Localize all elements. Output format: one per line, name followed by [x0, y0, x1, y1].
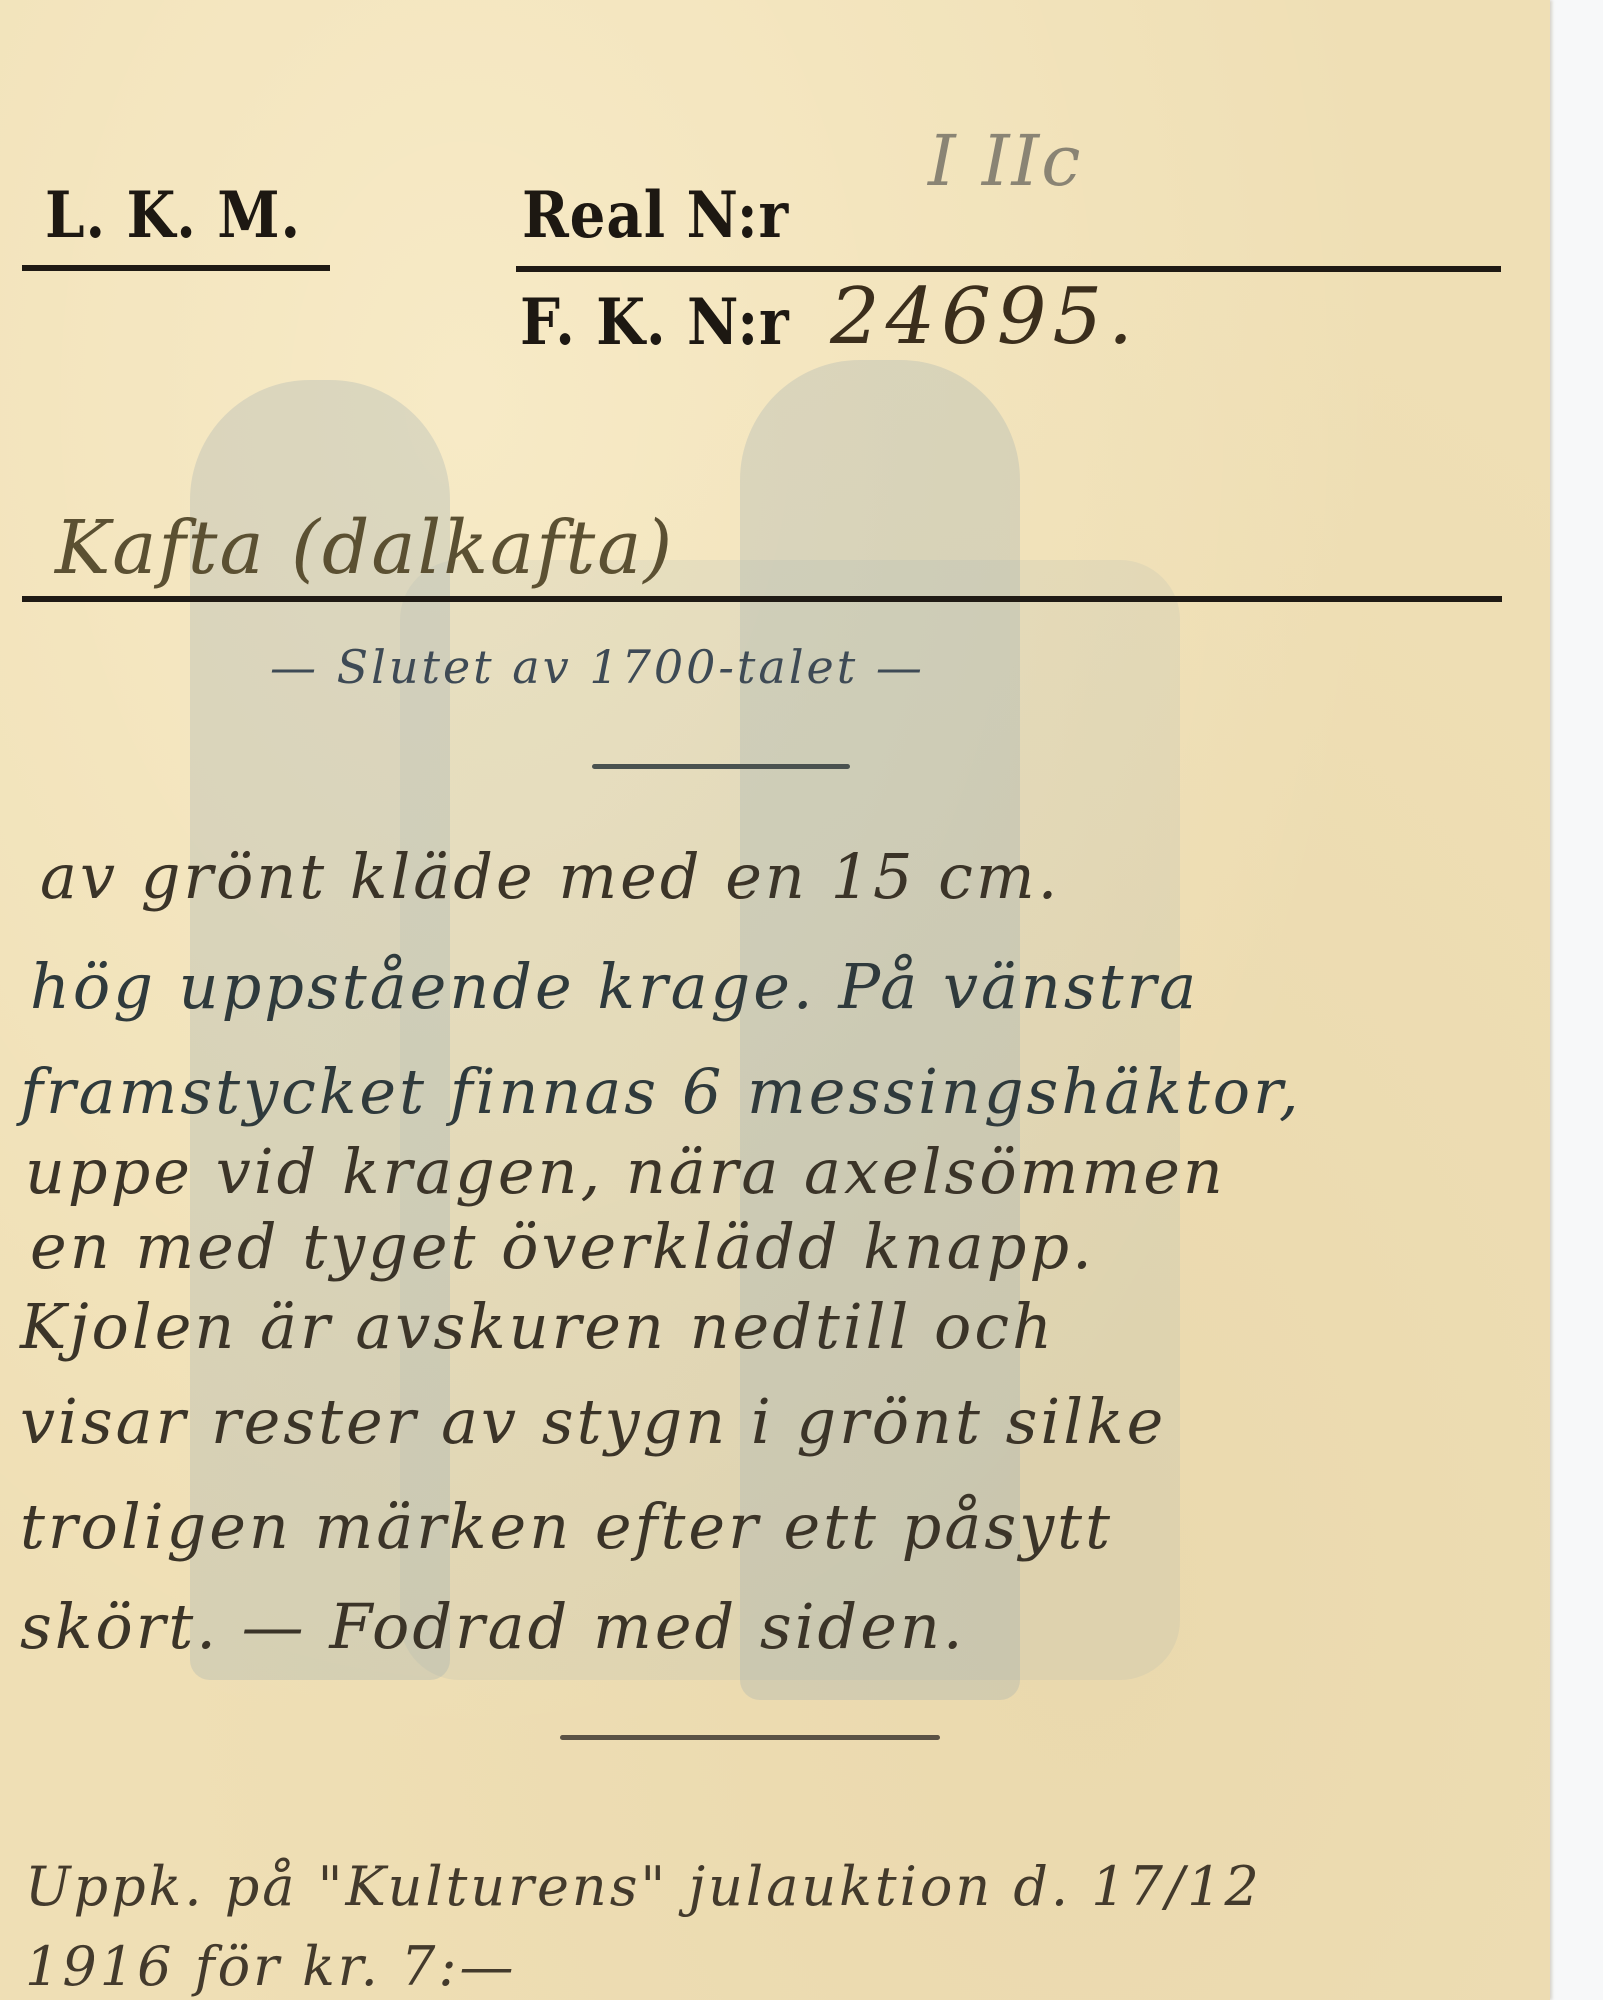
description-line-1: av grönt kläde med en 15 cm. — [40, 840, 1060, 913]
museum-label: L. K. M. — [45, 178, 301, 253]
title-rule — [22, 596, 1502, 602]
object-dating: — Slutet av 1700-talet — — [270, 640, 925, 694]
description-line-9: skört. — Fodrad med siden. — [20, 1590, 966, 1663]
catalogue-card: L. K. M. Real N:r I IIc F. K. N:r 24695.… — [0, 0, 1550, 2000]
description-line-7: visar rester av stygn i grönt silke — [20, 1385, 1166, 1458]
separator-stroke-top — [592, 764, 850, 769]
description-line-5: en med tyget överklädd knapp. — [30, 1210, 1095, 1283]
acquisition-line-2: 1916 för kr. 7:— — [25, 1935, 517, 1998]
fk-nr-label: F. K. N:r — [520, 285, 790, 360]
object-name: Kafta (dalkafta) — [55, 505, 674, 591]
fk-nr-value: 24695. — [830, 272, 1139, 362]
description-line-4: uppe vid kragen, nära axelsömmen — [25, 1135, 1226, 1208]
description-line-8: troligen märken efter ett påsytt — [20, 1490, 1113, 1563]
museum-label-rule — [22, 265, 330, 271]
description-line-2: hög uppstående krage. På vänstra — [30, 950, 1199, 1023]
real-nr-value: I IIc — [928, 120, 1082, 202]
separator-stroke-bottom — [560, 1735, 940, 1740]
description-line-3: framstycket finnas 6 messingshäktor, — [20, 1055, 1302, 1128]
real-nr-label: Real N:r — [522, 178, 789, 253]
description-line-6: Kjolen är avskuren nedtill och — [20, 1290, 1055, 1363]
acquisition-line-1: Uppk. på "Kulturens" julauktion d. 17/12 — [25, 1855, 1262, 1918]
